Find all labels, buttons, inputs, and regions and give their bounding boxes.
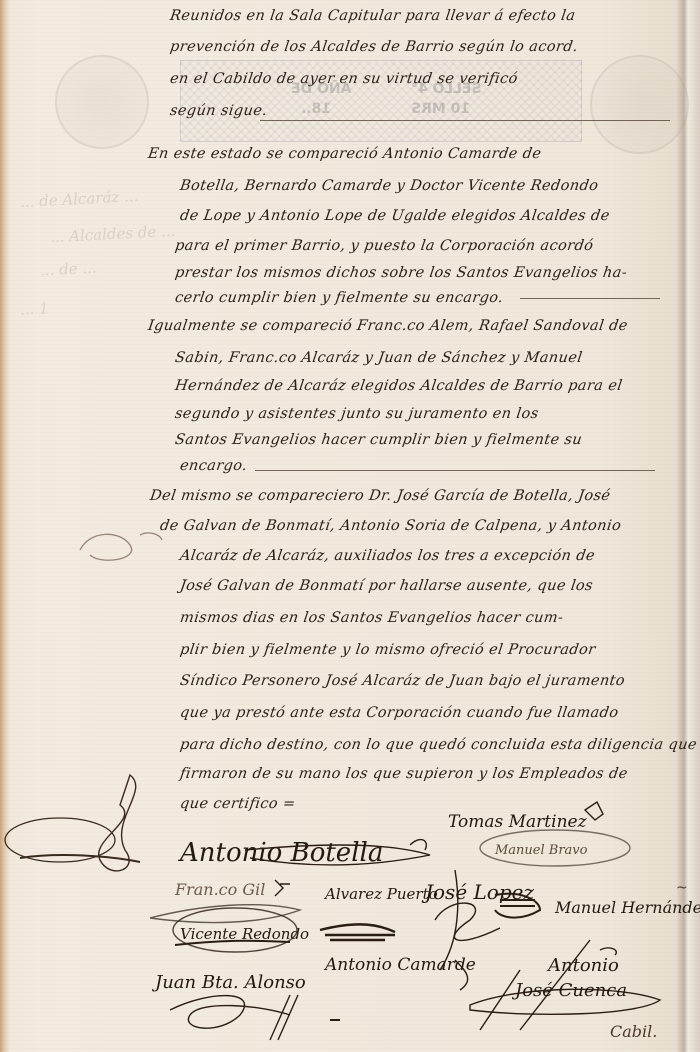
- body-line: de Galvan de Bonmatí, Antonio Soria de C…: [159, 518, 622, 534]
- body-line: En este estado se compareció Antonio Cam…: [147, 146, 543, 162]
- body-line: según sigue.: [169, 103, 269, 119]
- stamp-year: 18..: [301, 101, 331, 117]
- right-margin-mark: ~: [676, 880, 688, 896]
- signature-rubrics-icon: [0, 800, 700, 1052]
- body-line: Síndico Personero José Alcaráz de Juan b…: [179, 673, 626, 689]
- bleed-text: ... 1: [20, 299, 50, 318]
- body-line: Botella, Bernardo Camarde y Doctor Vicen…: [179, 178, 600, 194]
- separator-rule: [260, 120, 670, 121]
- body-line: mismos dias en los Santos Evangelios hac…: [179, 610, 565, 626]
- separator-rule: [255, 470, 655, 471]
- body-line: para el primer Barrio, y puesto la Corpo…: [174, 238, 595, 254]
- body-line: en el Cabildo de ayer en su virtud se ve…: [169, 71, 519, 87]
- body-line: prestar los mismos dichos sobre los Sant…: [174, 265, 628, 281]
- stamp-value: 10 MRS: [411, 101, 470, 117]
- body-line: que ya prestó ante esta Corporación cuan…: [179, 705, 620, 721]
- body-line: Sabin, Franc.co Alcaráz y Juan de Sánche…: [174, 350, 584, 366]
- margin-doodle-icon: [70, 520, 170, 570]
- body-line: encargo.: [179, 458, 248, 474]
- body-line: Alcaráz de Alcaráz, auxiliados los tres …: [179, 548, 596, 564]
- body-line: Santos Evangelios hacer cumplir bien y f…: [174, 432, 583, 448]
- body-line: Igualmente se compareció Franc.co Alem, …: [147, 318, 629, 334]
- body-line: Del mismo se compareciero Dr. José Garcí…: [149, 488, 612, 504]
- body-line: de Lope y Antonio Lope de Ugalde elegido…: [179, 208, 611, 224]
- body-line: firmaron de su mano los que supieron y l…: [179, 766, 629, 782]
- embossed-seal-right: [590, 55, 689, 154]
- manuscript-page: AÑO DE 18.. SELLO 4° 10 MRS ... de Alcar…: [0, 0, 700, 1052]
- body-line: Reunidos en la Sala Capitular para lleva…: [169, 8, 577, 24]
- bleed-text: ... de ...: [40, 259, 97, 280]
- body-line: prevención de los Alcaldes de Barrio seg…: [169, 39, 579, 55]
- body-line: plir bien y fielmente y lo mismo ofreció…: [179, 642, 597, 658]
- body-line: segundo y asistentes junto su juramento …: [174, 406, 540, 422]
- body-line: cerlo cumplir bien y fielmente su encarg…: [174, 290, 504, 306]
- body-line: Hernández de Alcaráz elegidos Alcaldes d…: [174, 378, 624, 394]
- separator-rule: [520, 298, 660, 299]
- embossed-seal-left: [55, 55, 149, 149]
- body-line: para dicho destino, con lo que quedó con…: [179, 737, 698, 753]
- body-line: José Galvan de Bonmatí por hallarse ause…: [179, 578, 594, 594]
